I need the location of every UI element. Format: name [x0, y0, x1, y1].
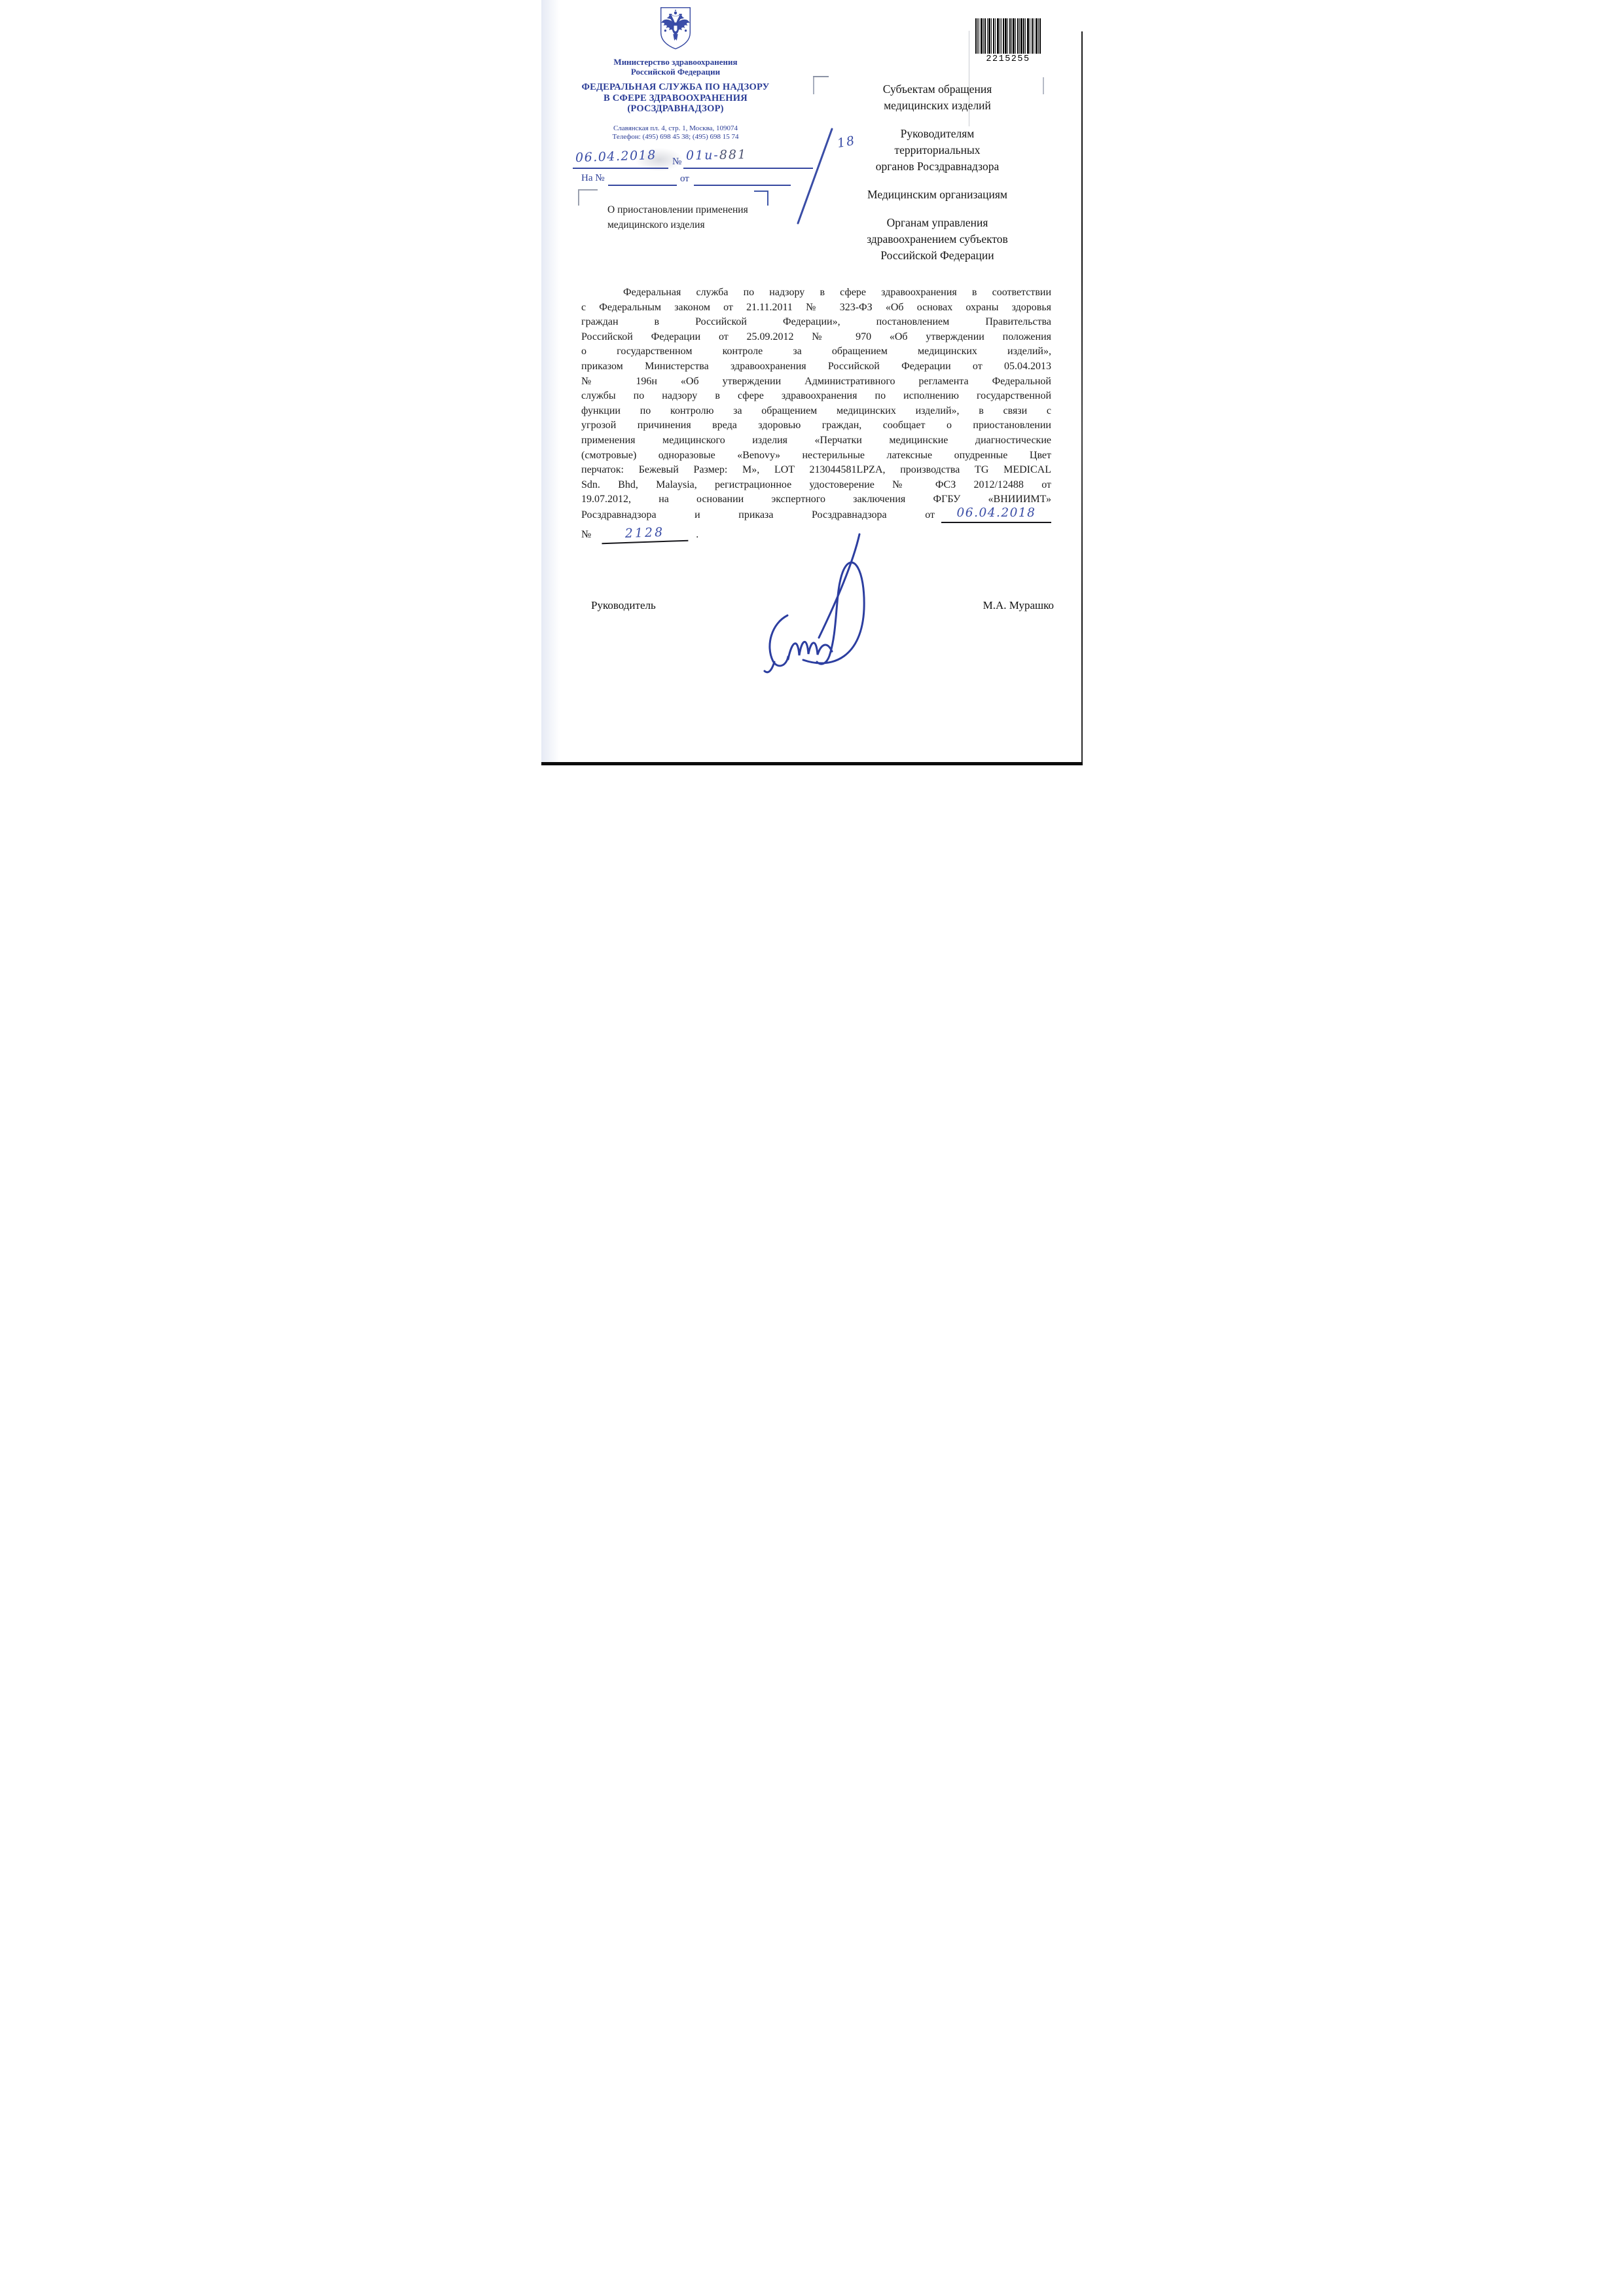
reply-number-underline: [608, 185, 677, 186]
barcode-icon: [975, 18, 1041, 54]
closing-line-word: и: [695, 507, 700, 523]
handwritten-number-digits: 881: [719, 147, 748, 162]
signature-icon: [738, 532, 895, 676]
reply-number-label: На №: [581, 173, 605, 184]
final-period: .: [696, 527, 698, 543]
scan-edge-bar-bottom: [541, 762, 1083, 765]
signer-position-title: Руководитель: [591, 599, 656, 612]
handwritten-number: 01и-881: [686, 147, 747, 163]
body-line: перчаток: Бежевый Размер: М», LOT 213044…: [581, 463, 1051, 478]
body-line: Sdn. Bhd, Malaysia, регистрационное удос…: [581, 478, 1051, 493]
recipient-group: Органам управленияздравоохранением субъе…: [820, 215, 1055, 264]
org-phone: Телефон: (495) 698 45 38; (495) 698 15 7…: [568, 133, 784, 142]
closing-line: РосздравнадзораиприказаРосздравнадзораот…: [581, 507, 1051, 523]
handwritten-number-prefix: 01и-: [686, 148, 719, 163]
body-line: № 196н «Об утверждении Административного…: [581, 374, 1051, 390]
body-line: приказом Министерства здравоохранения Ро…: [581, 359, 1051, 374]
recipient-line: органов Росздравнадзора: [820, 158, 1055, 175]
corner-mark: [813, 76, 829, 77]
recipient-line: медицинских изделий: [820, 98, 1055, 114]
corner-mark: [813, 76, 814, 94]
recipient-line: Органам управления: [820, 215, 1055, 231]
corner-mark: [767, 191, 768, 206]
recipient-line: Медицинским организациям: [820, 187, 1055, 203]
number-sign-label: №: [672, 156, 681, 168]
reply-date-label: от: [680, 173, 689, 185]
org-header: Министерство здравоохранения Российской …: [568, 7, 784, 142]
recipient-line: здравоохранением субъектов: [820, 231, 1055, 247]
signer-name: М.А. Мурашко: [983, 599, 1054, 612]
handwritten-date: 06.04.2018: [575, 148, 657, 165]
closing-line-word: приказа: [738, 507, 773, 523]
date-underline: [573, 168, 668, 169]
corner-mark: [578, 189, 579, 206]
body-line: применения медицинского изделия «Перчатк…: [581, 433, 1051, 448]
body-line: службы по надзору в сфере здравоохранени…: [581, 389, 1051, 404]
reply-date-underline: [694, 185, 791, 186]
subject-block: О приостановлении применения медицинског…: [607, 202, 748, 232]
body-line: угрозой причинения вреда здоровью гражда…: [581, 418, 1051, 433]
closing-line-words: РосздравнадзораиприказаРосздравнадзораот: [581, 507, 935, 523]
corner-mark: [754, 191, 768, 192]
subject-line: О приостановлении применения: [607, 202, 748, 217]
number-sign-label: №: [581, 527, 591, 543]
recipient-line: Субъектам обращения: [820, 81, 1055, 98]
scan-edge-line-right: [1081, 31, 1083, 762]
coat-of-arms-icon: [657, 7, 694, 51]
org-address: Славянская пл. 4, стр. 1, Москва, 109074: [568, 124, 784, 134]
body-lines: Федеральная служба по надзору в сфере зд…: [581, 285, 1051, 507]
closing-line-word: от: [925, 507, 935, 523]
closing-line-word: Росздравнадзора: [581, 507, 657, 523]
recipient-line: Российской Федерации: [820, 247, 1055, 264]
body-line: (смотровые) одноразовые «Benovy» нестери…: [581, 448, 1051, 464]
body-text: Федеральная служба по надзору в сфере зд…: [581, 285, 1051, 543]
corner-mark: [578, 189, 598, 191]
service-name-line: (РОСЗДРАВНАДЗОР): [568, 103, 784, 115]
recipient-group: Субъектам обращениямедицинских изделий: [820, 81, 1055, 114]
service-name-line: В СФЕРЕ ЗДРАВООХРАНЕНИЯ: [568, 93, 784, 104]
recipient-group: Руководителямтерриториальныхорганов Росз…: [820, 126, 1055, 175]
document-page: Министерство здравоохранения Российской …: [541, 0, 1083, 765]
recipient-group: Медицинским организациям: [820, 187, 1055, 203]
ministry-line: Российской Федерации: [568, 67, 784, 77]
service-name-line: ФЕДЕРАЛЬНАЯ СЛУЖБА ПО НАДЗОРУ: [568, 82, 784, 93]
body-line: Российской Федерации от 25.09.2012 № 970…: [581, 330, 1051, 345]
barcode-block: 2215255: [973, 18, 1043, 64]
ministry-line: Министерство здравоохранения: [568, 58, 784, 67]
body-line: о государственном контроле за обращением…: [581, 344, 1051, 359]
body-line: функции по контролю за обращением медици…: [581, 404, 1051, 419]
scan-edge-shade: [541, 0, 560, 765]
body-line: граждан в Российской Федерации», постано…: [581, 315, 1051, 330]
recipients-block: Субъектам обращениямедицинских изделийРу…: [820, 81, 1055, 276]
handwritten-slash: [794, 127, 836, 227]
body-line: Федеральная служба по надзору в сфере зд…: [581, 285, 1051, 301]
barcode-digits: 2215255: [973, 54, 1043, 64]
body-line: с Федеральным законом от 21.11.2011 № 32…: [581, 301, 1051, 316]
subject-line: медицинского изделия: [607, 217, 748, 232]
handwritten-order-number: 2128: [602, 523, 689, 545]
handwritten-order-date: 06.04.2018: [941, 505, 1051, 523]
closing-line-word: Росздравнадзора: [812, 507, 887, 523]
